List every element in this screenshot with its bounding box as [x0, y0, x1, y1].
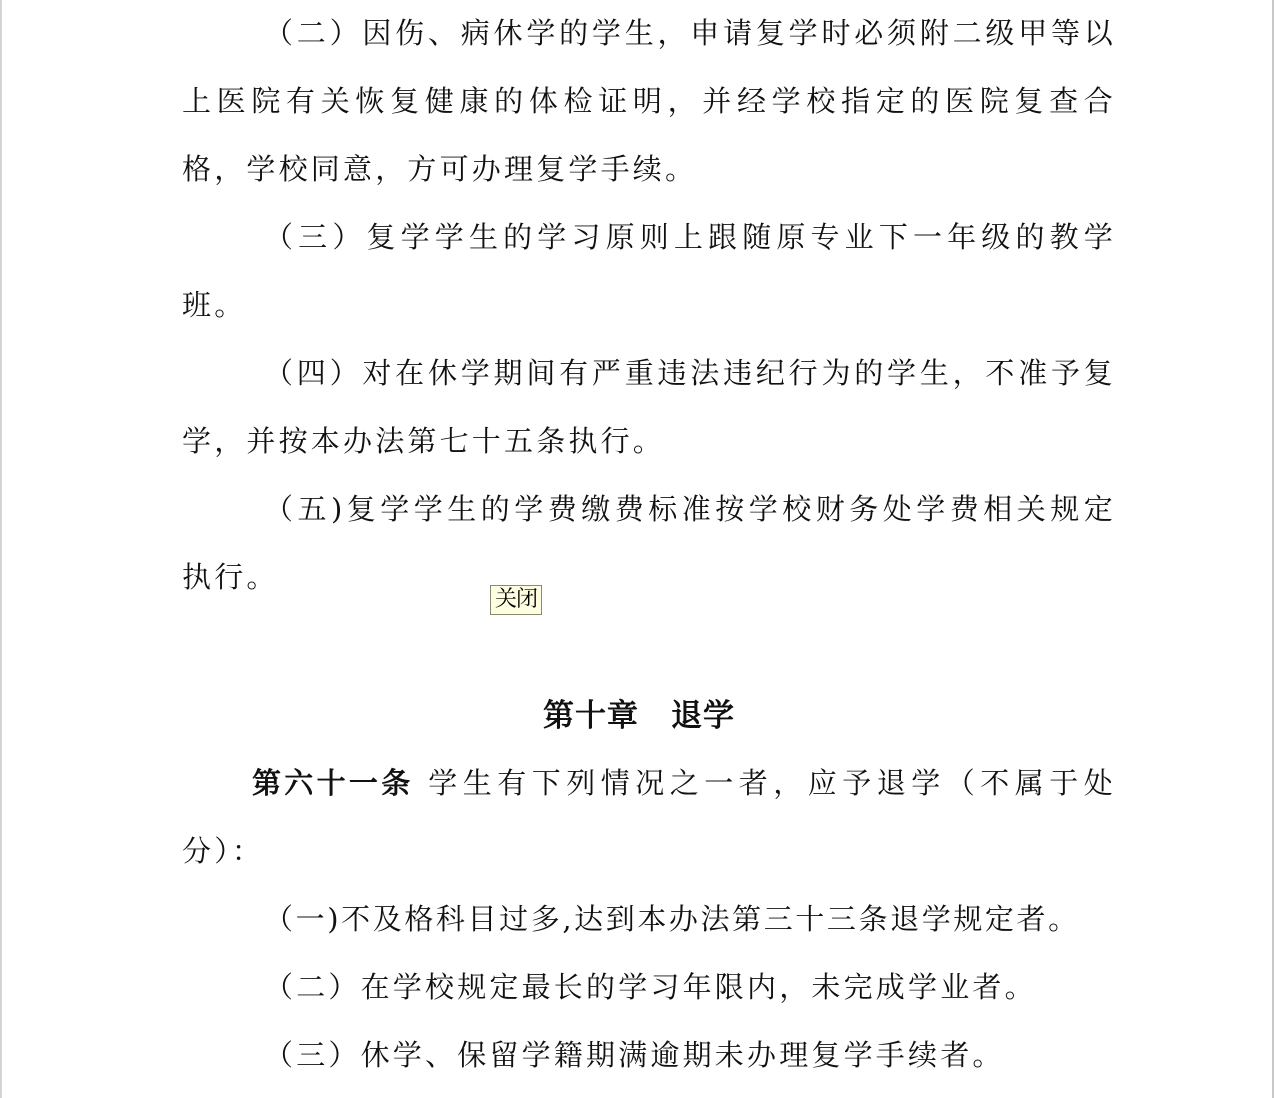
article-item: （一)不及格科目过多,达到本办法第三十三条退学规定者。: [264, 899, 1124, 939]
article-line: 分）：: [182, 831, 1116, 871]
article-text: 学生有下列情况之一者，应予退学（不属于处: [414, 766, 1116, 800]
article-item: （二）在学校规定最长的学习年限内，未完成学业者。: [264, 967, 1116, 1007]
paragraph-line: 格，学校同意，方可办理复学手续。: [182, 149, 1116, 189]
paragraph-line: （三）复学学生的学习原则上跟随原专业下一年级的教学: [264, 217, 1116, 257]
chapter-title: 第十章 退学: [2, 695, 1274, 737]
article-item: （三）休学、保留学籍期满逾期未办理复学手续者。: [264, 1035, 1116, 1075]
paragraph-line: 上医院有关恢复健康的体检证明，并经学校指定的医院复查合: [182, 81, 1116, 121]
close-button[interactable]: 关闭: [490, 585, 542, 615]
document-page: （二）因伤、病休学的学生，申请复学时必须附二级甲等以 上医院有关恢复健康的体检证…: [0, 0, 1274, 1098]
article-label: 第六十一条: [252, 766, 414, 800]
paragraph-line: （二）因伤、病休学的学生，申请复学时必须附二级甲等以: [264, 13, 1116, 53]
article-line: 第六十一条 学生有下列情况之一者，应予退学（不属于处: [252, 763, 1116, 803]
paragraph-line: 学，并按本办法第七十五条执行。: [182, 421, 1116, 461]
paragraph-line: （五)复学学生的学费缴费标准按学校财务处学费相关规定: [264, 489, 1116, 529]
paragraph-line: 班。: [182, 285, 1116, 325]
paragraph-line: （四）对在休学期间有严重违法违纪行为的学生，不准予复: [264, 353, 1116, 393]
paragraph-line: 执行。: [182, 557, 1116, 597]
